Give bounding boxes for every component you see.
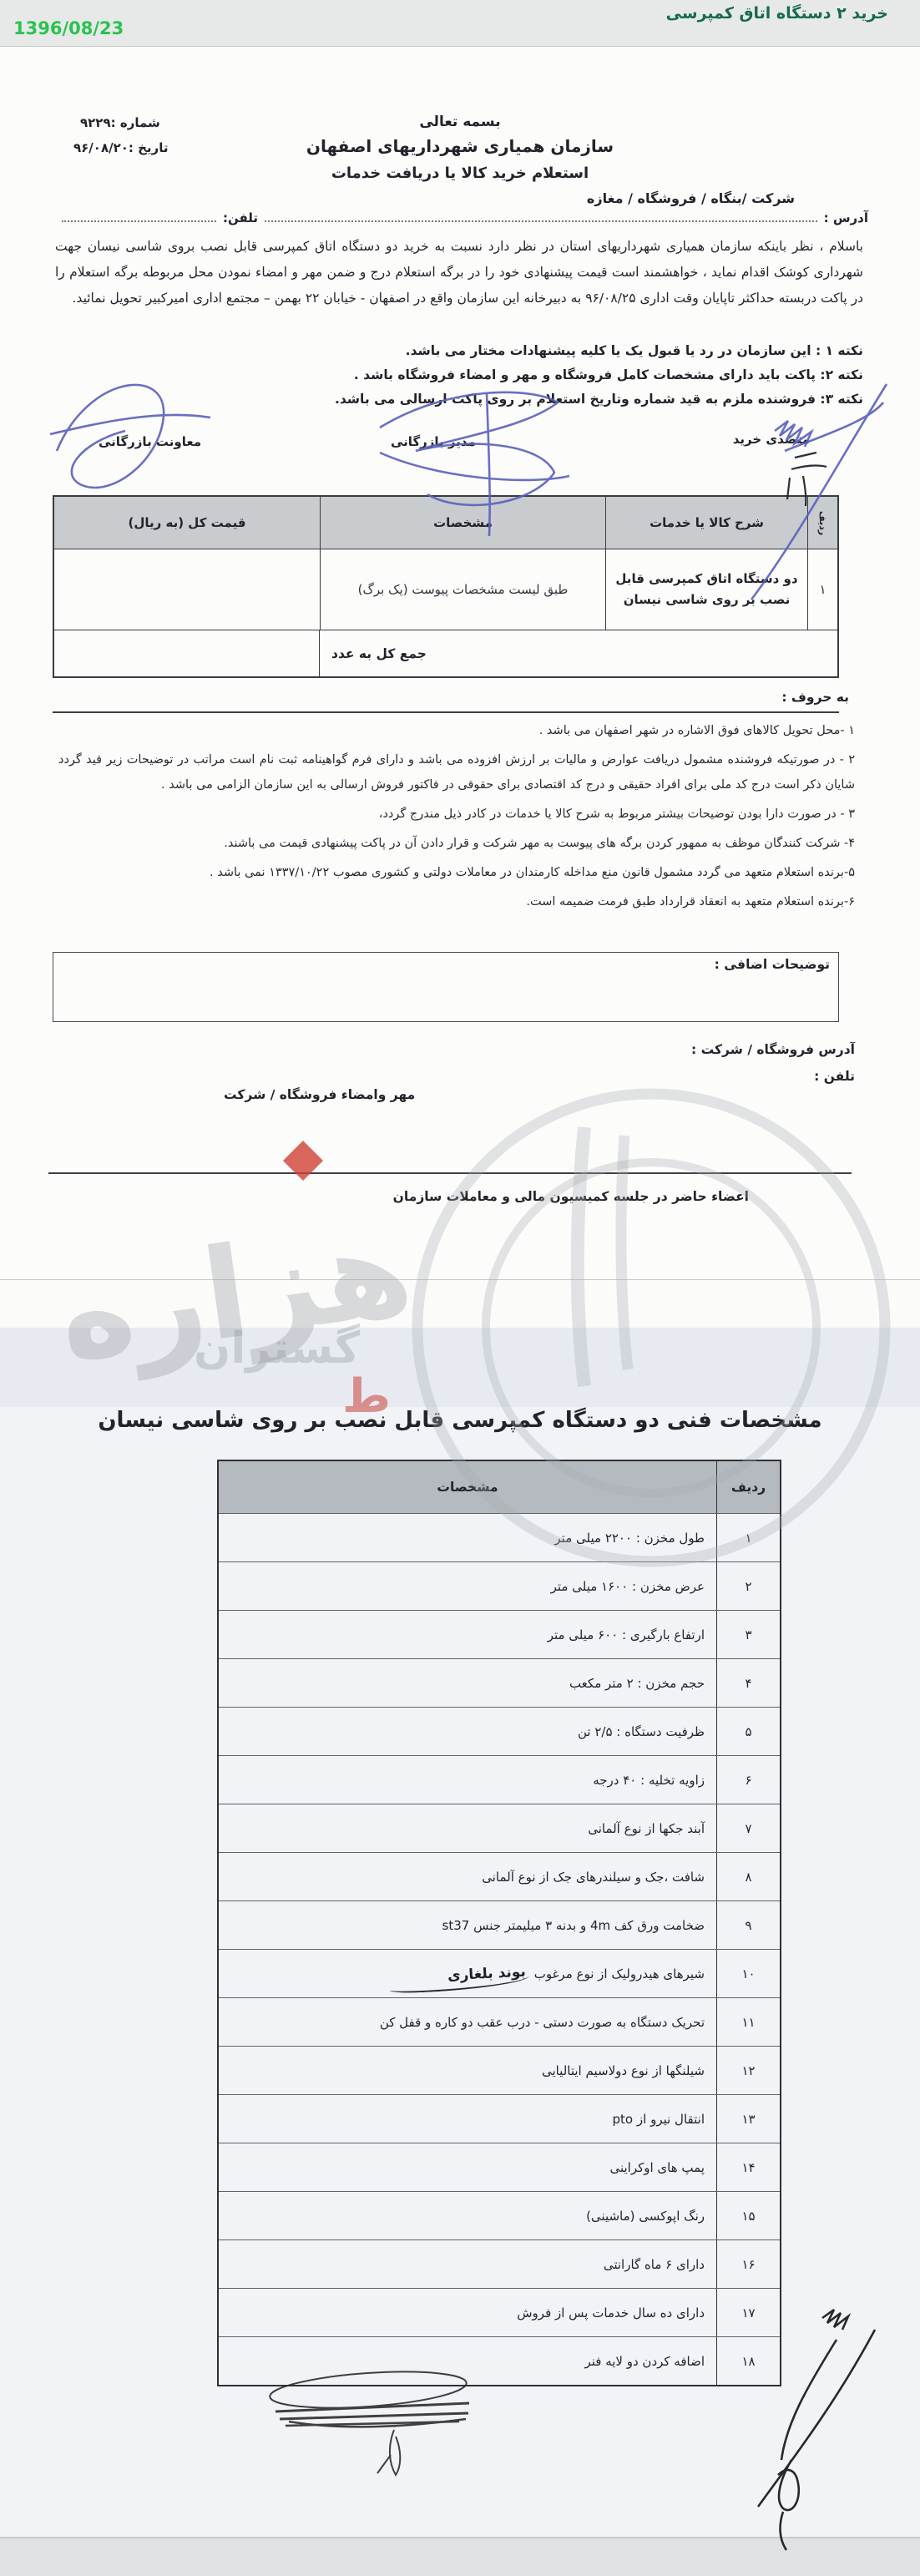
signature-scribble [50, 384, 887, 600]
row-spec-text: تحریک دستگاه به صورت دستی - درب عقب دو ک… [380, 2015, 705, 2030]
phone-label: تلفن: [223, 210, 258, 225]
handwritten-note: بوند بلغاری [447, 1963, 526, 1984]
row-spec-cell: انتقال نیرو از pto [219, 2095, 716, 2143]
document-date: 1396/08/23 [13, 18, 124, 38]
stamp-signature-label: مهر وامضاء فروشگاه / شرکت [224, 1087, 415, 1102]
address-label: آدرس : [824, 210, 868, 225]
row-number: ۱۳ [716, 2095, 780, 2143]
row-spec-text: پمپ های اوکراینی [609, 2160, 705, 2175]
row-spec-cell: شیرهای هیدرولیک از نوع مرغوب بوند بلغاری [219, 1950, 716, 1997]
header-specifications: مشخصات [219, 1461, 716, 1513]
row-spec-text: طول مخزن : ۲۲۰۰ میلی متر [554, 1531, 705, 1546]
divider-line [53, 711, 839, 713]
table-row: ۱۲ شیلنگها از نوع دولاسیم ایتالیایی [219, 2046, 780, 2094]
address-dotted-line [265, 210, 817, 222]
row-number: ۱۰ [716, 1950, 780, 1997]
row-spec-cell: تحریک دستگاه به صورت دستی - درب عقب دو ک… [219, 1998, 716, 2046]
table-row: ۱۶ دارای ۶ ماه گارانتی [219, 2239, 780, 2288]
commission-members-line: اعضاء حاضر در جلسه کمیسیون مالی و معاملا… [393, 1189, 749, 1204]
row-spec-text: ظرفیت دستگاه : ۲/۵ تن [578, 1724, 705, 1739]
table-row: ۹ ضخامت ورق کف 4m و بدنه ۳ میلیمتر جنس s… [219, 1900, 780, 1949]
row-number: ۱۶ [716, 2240, 780, 2288]
extra-notes-box: توضیحات اضافی : [53, 952, 839, 1022]
company-field-label: شرکت /بنگاه / فروشگاه / مغازه [587, 190, 795, 206]
dark-pen-mark [787, 453, 826, 506]
table-row: ۵ ظرفیت دستگاه : ۲/۵ تن [219, 1707, 780, 1755]
table-row: ۱۳ انتقال نیرو از pto [219, 2094, 780, 2143]
table-row: ۸ شافت ،جک و سیلندرهای جک از نوع آلمانی [219, 1852, 780, 1900]
row-number: ۳ [716, 1611, 780, 1658]
inquiry-table-total-row: جمع کل به عدد [54, 630, 837, 676]
row-number: ۷ [716, 1804, 780, 1852]
shop-phone-label: تلفن : [814, 1069, 855, 1084]
table-row: ۱۱ تحریک دستگاه به صورت دستی - درب عقب د… [219, 1997, 780, 2046]
row-spec-cell: دارای ۶ ماه گارانتی [219, 2240, 716, 2288]
address-phone-row: آدرس : تلفن: [55, 210, 868, 225]
extra-notes-label: توضیحات اضافی : [715, 957, 830, 972]
table-row: ۲ عرض مخزن : ۱۶۰۰ میلی متر [219, 1561, 780, 1610]
condition-6: ۶-برنده استعلام متعهد به انعقاد قرارداد … [58, 889, 855, 914]
row-spec-cell: حجم مخزن : ۲ متر مکعب [219, 1659, 716, 1707]
row-number: ۸ [716, 1853, 780, 1900]
table-row: ۶ زاویه تخلیه : ۴۰ درجه [219, 1755, 780, 1804]
row-spec-cell: عرض مخزن : ۱۶۰۰ میلی متر [219, 1562, 716, 1610]
table-row: ۱۵ رنگ اپوکسی (ماشینی) [219, 2191, 780, 2239]
row-spec-text: انتقال نیرو از pto [613, 2112, 705, 2127]
row-number: ۱۵ [716, 2192, 780, 2239]
row-spec-text: دارای ۶ ماه گارانتی [604, 2257, 705, 2272]
table-row: ۱۴ پمپ های اوکراینی [219, 2143, 780, 2191]
in-words-label: به حروف : [781, 690, 849, 705]
row-number: ۱۱ [716, 1998, 780, 2046]
row-spec-text: شافت ،جک و سیلندرهای جک از نوع آلمانی [482, 1870, 705, 1885]
row-spec-text: عرض مخزن : ۱۶۰۰ میلی متر [551, 1579, 705, 1594]
page1-signatures [0, 351, 920, 601]
table-row: ۷ آبند جکها از نوع آلمانی [219, 1804, 780, 1852]
spec-sheet-title: مشخصات فنی دو دستگاه کمپرسی قابل نصب بر … [0, 1408, 920, 1433]
page2-signatures [0, 2288, 920, 2563]
table-row: ۴ حجم مخزن : ۲ متر مکعب [219, 1658, 780, 1707]
row-spec-cell: ارتفاع بارگیری : ۶۰۰ میلی متر [219, 1611, 716, 1658]
specs-table-rows: ۱ طول مخزن : ۲۲۰۰ میلی متر ۲ عرض مخزن : … [219, 1513, 780, 2385]
row-number: ۱۲ [716, 2047, 780, 2094]
table-row: ۳ ارتفاع بارگیری : ۶۰۰ میلی متر [219, 1610, 780, 1658]
form-title: استعلام خرید کالا یا دریافت خدمات [0, 164, 920, 182]
table-row: ۱ طول مخزن : ۲۲۰۰ میلی متر [219, 1513, 780, 1561]
row-spec-cell: آبند جکها از نوع آلمانی [219, 1804, 716, 1852]
row-number: ۵ [716, 1708, 780, 1755]
divider-line-2 [48, 1172, 852, 1174]
row-spec-text: زاویه تخلیه : ۴۰ درجه [593, 1773, 705, 1788]
row-number: ۹ [716, 1901, 780, 1949]
row-spec-text: ارتفاع بارگیری : ۶۰۰ میلی متر [548, 1627, 705, 1642]
header-row-number: ردیف [716, 1461, 780, 1513]
row-spec-cell: رنگ اپوکسی (ماشینی) [219, 2192, 716, 2239]
viewer-header-bar: خرید ۲ دستگاه اتاق کمپرسی 1396/08/23 [0, 0, 920, 47]
row-spec-cell: شیلنگها از نوع دولاسیم ایتالیایی [219, 2047, 716, 2094]
row-number: ۶ [716, 1756, 780, 1804]
row-spec-cell: ضخامت ورق کف 4m و بدنه ۳ میلیمتر جنس st3… [219, 1901, 716, 1949]
conditions-list: ۱ -محل تحویل کالاهای فوق الاشاره در شهر … [58, 718, 855, 919]
row-spec-cell: زاویه تخلیه : ۴۰ درجه [219, 1756, 716, 1804]
total-value-cell [54, 630, 319, 676]
row-spec-text: شیلنگها از نوع دولاسیم ایتالیایی [542, 2063, 705, 2078]
specs-table: ردیف مشخصات ۱ طول مخزن : ۲۲۰۰ میلی متر ۲… [217, 1460, 781, 2386]
table-row: ۱۰ شیرهای هیدرولیک از نوع مرغوب بوند بلغ… [219, 1949, 780, 1997]
row-spec-text: آبند جکها از نوع آلمانی [588, 1821, 705, 1836]
organization-name: سازمان همیاری شهرداریهای اصفهان [0, 136, 920, 156]
row-spec-text: ضخامت ورق کف 4m و بدنه ۳ میلیمتر جنس st3… [442, 1918, 705, 1933]
row-spec-cell: ظرفیت دستگاه : ۲/۵ تن [219, 1708, 716, 1755]
row-number: ۴ [716, 1659, 780, 1707]
total-label-cell: جمع کل به عدد [319, 630, 837, 676]
row-spec-cell: پمپ های اوکراینی [219, 2143, 716, 2191]
specs-table-header: ردیف مشخصات [219, 1461, 780, 1513]
row-spec-cell: طول مخزن : ۲۲۰۰ میلی متر [219, 1514, 716, 1561]
condition-4: ۴- شرکت کنندگان موظف به ممهور کردن برگه … [58, 831, 855, 856]
page2-tint-band [0, 1328, 920, 1407]
total-label: جمع کل به عدد [320, 646, 427, 661]
row-number: ۱ [716, 1514, 780, 1561]
row-spec-cell: شافت ،جک و سیلندرهای جک از نوع آلمانی [219, 1853, 716, 1900]
scanned-document-view: خرید ۲ دستگاه اتاق کمپرسی 1396/08/23 شما… [0, 0, 920, 2576]
handwritten-signature [758, 2310, 875, 2550]
page2-top-band [0, 1280, 920, 1328]
request-paragraph: باسلام ، نظر باینکه سازمان همیاری شهردار… [55, 234, 863, 311]
row-spec-text: رنگ اپوکسی (ماشینی) [586, 2209, 705, 2224]
row-spec-text: حجم مخزن : ۲ متر مکعب [569, 1676, 705, 1691]
document-title: خرید ۲ دستگاه اتاق کمپرسی [666, 4, 888, 23]
condition-5: ۵-برنده استعلام متعهد می گردد مشمول قانو… [58, 860, 855, 885]
condition-1: ۱ -محل تحویل کالاهای فوق الاشاره در شهر … [58, 718, 855, 743]
besmele-line: بسمه تعالی [0, 114, 920, 130]
shop-address-label: آدرس فروشگاه / شرکت : [691, 1042, 855, 1057]
row-number: ۱۴ [716, 2143, 780, 2191]
condition-2: ۲ - در صورتیکه فروشنده مشمول دریافت عوار… [58, 747, 855, 797]
condition-3: ۳ - در صورت دارا بودن توضیحات بیشتر مربو… [58, 802, 855, 827]
row-number: ۲ [716, 1562, 780, 1610]
phone-dotted-line [62, 210, 216, 222]
row-spec-text: شیرهای هیدرولیک از نوع مرغوب [534, 1966, 705, 1981]
